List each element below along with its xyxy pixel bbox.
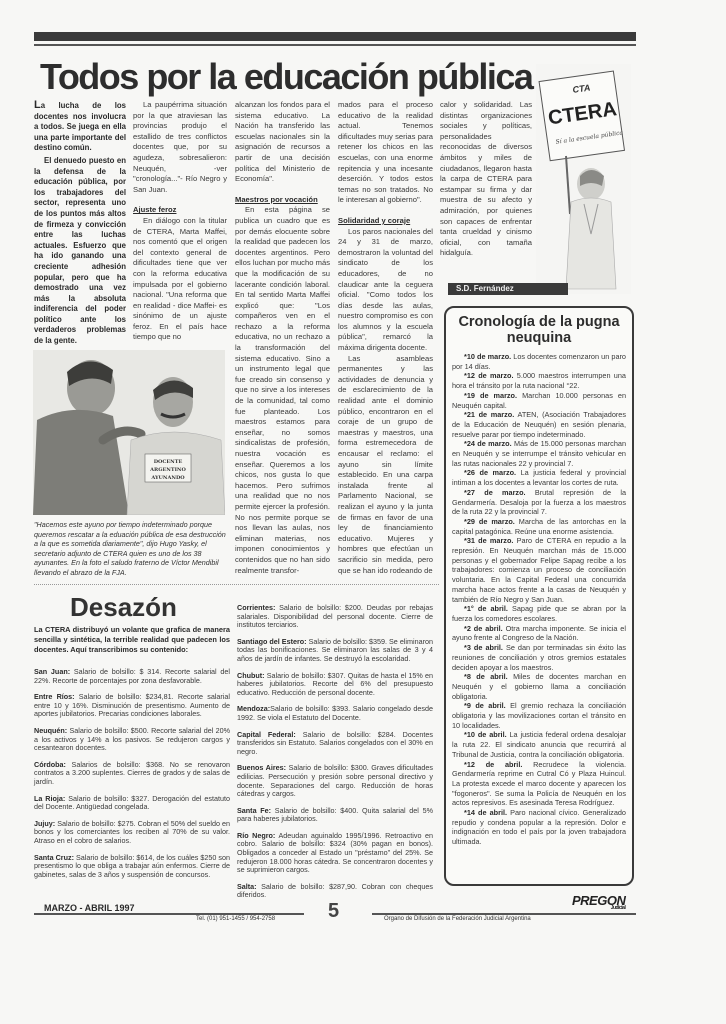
footer-rule-right (372, 913, 636, 915)
chronology-item: *9 de abril. El gremio rechaza la concil… (452, 701, 626, 730)
desazon-intro: La CTERA distribuyó un volante que grafi… (34, 625, 230, 654)
svg-text:ARGENTINO: ARGENTINO (149, 467, 186, 473)
article-paragraph: alcanzan los fondos para el sistema educ… (235, 100, 330, 185)
article-paragraph: En diálogo con la titular de CTERA, Mart… (133, 216, 227, 343)
chronology-item: *12 de marzo. 5.000 maestros interrumpen… (452, 371, 626, 390)
chronology-title: Cronología de la pugna neuquina (452, 314, 626, 346)
photo-caption: "Hacemos este ayuno por tiempo indetermi… (34, 520, 230, 578)
subheading-solidaridad-y-coraje: Solidaridad y coraje (338, 216, 433, 227)
province-list-left: San Juan: Salario de bolsillo: $ 314. Re… (34, 668, 230, 887)
photo-yasky-mendibil: DOCENTE ARGENTINO AYUNANDO (33, 350, 225, 515)
svg-text:AYUNANDO: AYUNANDO (150, 475, 185, 481)
section-divider (34, 584, 439, 585)
article-paragraph: El denuedo puesto en la defensa de la ed… (34, 156, 126, 347)
province-entry: La Rioja: Salario de bolsillo: $327. Der… (34, 795, 230, 812)
chronology-item: *26 de marzo. La justicia federal y prov… (452, 468, 626, 487)
article-paragraph: mados para el proceso educativo de la re… (338, 100, 433, 206)
article-column-2: La paupérrima situación por la que atrav… (133, 100, 227, 343)
photo-credit: S.D. Fernández (448, 283, 568, 295)
page-number: 5 (328, 900, 339, 923)
province-entry: Santiago del Estero: Salario de bolsillo… (237, 638, 433, 664)
province-entry: Mendoza:Salario de bolsillo: $393. Salar… (237, 705, 433, 722)
province-entry: Santa Fe: Salario de bolsillo: $400. Qui… (237, 807, 433, 824)
chronology-item: *14 de abril. Paro nacional cívico. Gene… (452, 808, 626, 847)
footer-telephone: Tel. (01) 951-1455 / 954-2758 (196, 916, 275, 922)
article-paragraph: La paupérrima situación por la que atrav… (133, 100, 227, 195)
article-paragraph: Las asambleas permanentes y las activida… (338, 354, 433, 576)
province-entry: Entre Ríos: Salario de bolsillo: $234,81… (34, 693, 230, 719)
article-lead: La lucha de los docentes nos involucra a… (34, 100, 126, 154)
article-column-4: mados para el proceso educativo de la re… (338, 100, 433, 576)
chronology-item: *2 de abril. Otra marcha imponente. Se i… (452, 624, 626, 643)
province-entry: Santa Cruz: Salario de bolsillo: $614, d… (34, 854, 230, 880)
svg-text:DOCENTE: DOCENTE (154, 459, 183, 465)
province-entry: Capital Federal: Salario de bolsillo: $2… (237, 731, 433, 757)
article-column-1: La lucha de los docentes nos involucra a… (34, 100, 126, 347)
chronology-item: *19 de marzo. Marchan 10.000 personas en… (452, 391, 626, 410)
province-entry: Neuquén: Salario de bolsillo: $500. Reco… (34, 727, 230, 753)
province-entry: Corrientes: Salario de bolsillo: $200. D… (237, 604, 433, 630)
province-entry: Jujuy: Salario de bolsillo: $275. Cobran… (34, 820, 230, 846)
article-column-5: calor y solidaridad. Las distintas organ… (440, 100, 532, 259)
drop-cap: L (34, 99, 41, 111)
chronology-item: *29 de marzo. Marcha de las antorchas en… (452, 517, 626, 536)
footer-date: MARZO - ABRIL 1997 (44, 903, 135, 913)
footer-rule-left (34, 913, 304, 915)
chronology-item: *8 de abril. Miles de docentes marchan e… (452, 672, 626, 701)
chronology-item: *27 de marzo. Brutal represión de la Gen… (452, 488, 626, 517)
province-entry: Salta: Salario de bolsillo: $287,90. Cob… (237, 883, 433, 900)
chronology-box: Cronología de la pugna neuquina *10 de m… (444, 306, 634, 886)
province-entry: Río Negro: Adeudan aguinaldo 1995/1996. … (237, 832, 433, 875)
chronology-item: *3 de abril. Se dan por terminadas sin é… (452, 643, 626, 672)
chronology-item: *10 de abril. La justicia federal ordena… (452, 730, 626, 759)
chronology-item: *21 de marzo. ATEN, (Asociación Trabajad… (452, 410, 626, 439)
subheading-ajuste-feroz: Ajuste feroz (133, 205, 227, 216)
chronology-item: *12 de abril. Recrudece la violencia. Ge… (452, 760, 626, 809)
pregon-logo: PREGON Judicial (572, 893, 625, 911)
province-entry: Buenos Aires: Salario de bolsillo: $300.… (237, 764, 433, 798)
chronology-item: *1° de abril. Sapag pide que se abran po… (452, 604, 626, 623)
province-entry: San Juan: Salario de bolsillo: $ 314. Re… (34, 668, 230, 685)
photo-girl-with-sign: CTA CTERA Sí a la escuela pública (536, 64, 631, 294)
desazon-title: Desazón (70, 592, 177, 623)
header-rule (34, 44, 636, 46)
article-paragraph: En esta página se publica un cuadro que … (235, 205, 330, 576)
article-paragraph: calor y solidaridad. Las distintas organ… (440, 100, 532, 259)
article-column-3: alcanzan los fondos para el sistema educ… (235, 100, 330, 576)
chronology-item: *24 de marzo. Más de 15.000 personas mar… (452, 439, 626, 468)
subheading-maestros-por-vocacion: Maestros por vocación (235, 195, 330, 206)
province-entry: Chubut: Salario de bolsillo: $307. Quita… (237, 672, 433, 698)
article-paragraph: Los paros nacionales del 24 y 31 de marz… (338, 227, 433, 354)
province-entry: Córdoba: Salarios de bolsillo: $368. No … (34, 761, 230, 787)
chronology-item: *31 de marzo. Paro de CTERA en repudio a… (452, 536, 626, 604)
chronology-list: *10 de marzo. Los docentes comenzaron un… (452, 352, 626, 847)
headline: Todos por la educación pública (40, 56, 532, 98)
province-list-right: Corrientes: Salario de bolsillo: $200. D… (237, 604, 433, 908)
chronology-item: *10 de marzo. Los docentes comenzaron un… (452, 352, 626, 371)
footer-organ-text: Organo de Difusión de la Federación Judi… (384, 916, 531, 922)
header-bar (34, 32, 636, 41)
